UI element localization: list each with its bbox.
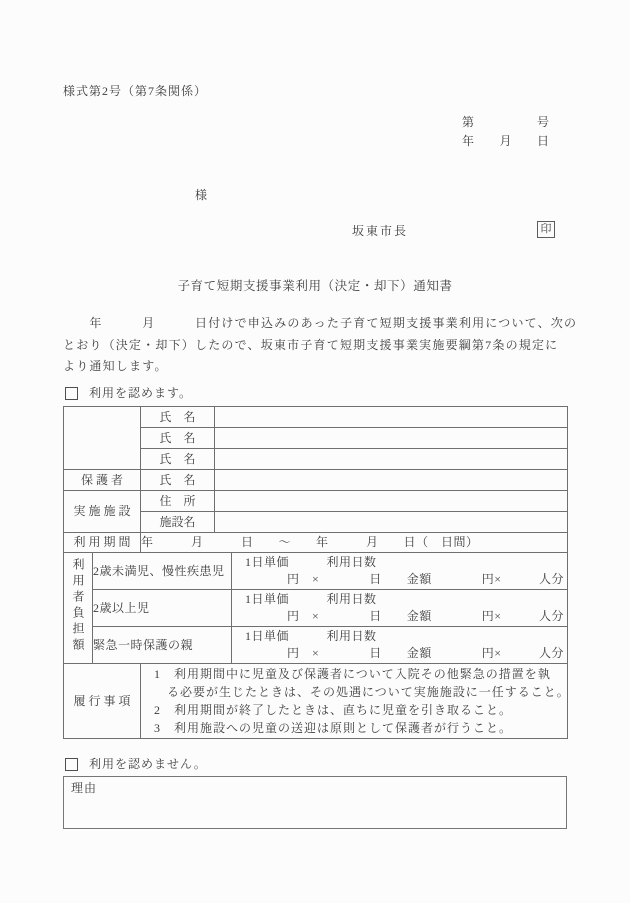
facility-name-label: 施設名 xyxy=(141,512,215,533)
child-name-input-2[interactable] xyxy=(215,428,568,449)
notification-body: 年 月 日付けで申込みのあった子育て短期支援事業利用について、次の とおり（決定… xyxy=(63,313,570,378)
body-line-2: とおり（決定・却下）したので、坂東市子育て短期支援事業実施要綱第7条の規定に xyxy=(63,335,570,357)
obligation-item-2: 2 利用期間が終了したときは、直ちに児童を引き取ること。 xyxy=(141,701,567,719)
burden-amount-line2: 円 × 日 金額 円× 人分 xyxy=(232,571,567,588)
reject-checkbox-icon[interactable] xyxy=(65,758,78,771)
child-name-input-3[interactable] xyxy=(215,449,568,470)
document-number-line: 第 号 xyxy=(462,115,550,129)
child-name-input-1[interactable] xyxy=(215,407,568,428)
reason-label: 理由 xyxy=(64,777,566,795)
burden-amount-field-over2[interactable]: 1日単価 利用日数 円 × 日 金額 円× 人分 xyxy=(232,590,568,627)
reject-label: 利用を認めません。 xyxy=(89,757,207,771)
approve-checkbox-icon[interactable] xyxy=(65,387,78,400)
page-title: 子育て短期支援事業利用（決定・却下）通知書 xyxy=(0,279,630,294)
approve-option[interactable]: 利用を認めます。 xyxy=(65,386,192,400)
decision-table: 氏 名 氏 名 氏 名 保 護 者 氏 名 実 施 施 設 住 所 xyxy=(63,406,568,739)
burden-category-over2: 2歳以上児 xyxy=(93,590,232,627)
burden-amount-line1: 1日単価 利用日数 xyxy=(232,591,567,608)
obligation-item-1: 1 利用期間中に児童及び保護者について入院その他緊急の措置を執 xyxy=(141,665,567,683)
period-value-field[interactable]: 年 月 日 ～ 年 月 日（ 日間） xyxy=(141,533,568,553)
obligations-content: 1 利用期間中に児童及び保護者について入院その他緊急の措置を執 る必要が生じたと… xyxy=(141,664,568,739)
burden-amount-line2: 円 × 日 金額 円× 人分 xyxy=(232,608,567,625)
facility-address-label: 住 所 xyxy=(141,491,215,512)
burden-amount-line1: 1日単価 利用日数 xyxy=(232,554,567,571)
child-name-label-2: 氏 名 xyxy=(141,428,215,449)
guardian-name-input[interactable] xyxy=(215,470,568,491)
rejection-reason-field[interactable]: 理由 xyxy=(63,776,567,829)
obligations-group-label: 履 行 事 項 xyxy=(64,664,141,739)
form-number-note: 様式第2号（第7条関係） xyxy=(63,84,207,98)
burden-amount-line1: 1日単価 利用日数 xyxy=(232,628,567,645)
seal-stamp-box: 印 xyxy=(537,221,555,238)
child-group-label xyxy=(64,407,141,470)
approve-label: 利用を認めます。 xyxy=(89,386,192,400)
notification-form-page: 様式第2号（第7条関係） 第 号 年 月 日 様 坂東市長 印 子育て短期支援事… xyxy=(0,0,630,903)
obligation-item-1-cont: る必要が生じたときは、その処遇について実施施設に一任すること。 xyxy=(141,683,567,701)
obligation-item-3: 3 利用施設への児童の送迎は原則として保護者が行うこと。 xyxy=(141,719,567,737)
burden-category-emergency: 緊急一時保護の親 xyxy=(93,627,232,664)
document-date-line: 年 月 日 xyxy=(462,134,550,148)
addressee-honorific: 様 xyxy=(195,188,207,202)
burden-category-under2: 2歳未満児、慢性疾患児 xyxy=(93,553,232,590)
facility-address-input[interactable] xyxy=(215,491,568,512)
period-label: 利 用 期 間 xyxy=(64,533,141,553)
child-name-label-1: 氏 名 xyxy=(141,407,215,428)
facility-group-label: 実 施 施 設 xyxy=(64,491,141,533)
burden-amount-field-emergency[interactable]: 1日単価 利用日数 円 × 日 金額 円× 人分 xyxy=(232,627,568,664)
reject-option[interactable]: 利用を認めません。 xyxy=(65,757,207,771)
burden-group-label: 利用者負担額 xyxy=(64,553,93,664)
burden-amount-field-under2[interactable]: 1日単価 利用日数 円 × 日 金額 円× 人分 xyxy=(232,553,568,590)
sender-name: 坂東市長 xyxy=(352,224,408,238)
body-line-1: 年 月 日付けで申込みのあった子育て短期支援事業利用について、次の xyxy=(63,313,570,335)
burden-amount-line2: 円 × 日 金額 円× 人分 xyxy=(232,645,567,662)
child-name-label-3: 氏 名 xyxy=(141,449,215,470)
body-line-3: より通知します。 xyxy=(63,356,570,378)
guardian-group-label: 保 護 者 xyxy=(64,470,141,491)
facility-name-input[interactable] xyxy=(215,512,568,533)
guardian-name-label: 氏 名 xyxy=(141,470,215,491)
